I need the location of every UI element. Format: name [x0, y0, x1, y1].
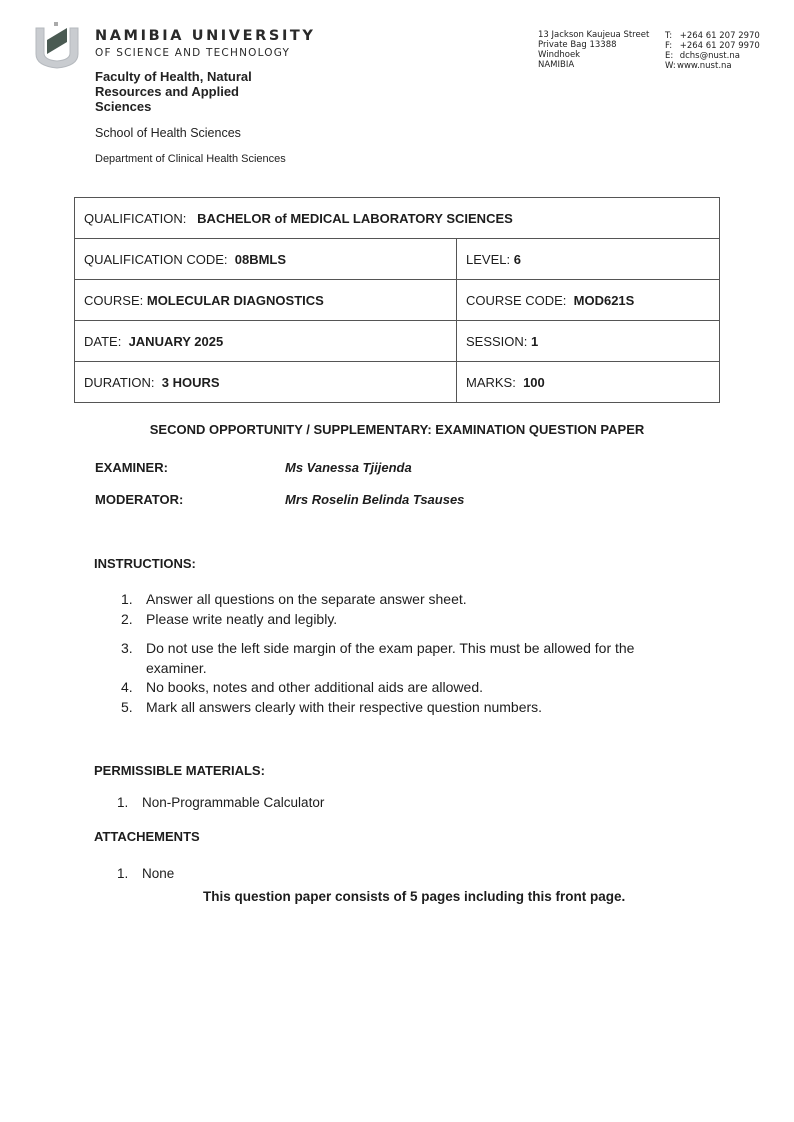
address-line: Windhoek [538, 50, 649, 60]
table-row: QUALIFICATION: BACHELOR of MEDICAL LABOR… [75, 198, 720, 239]
exam-info-table: QUALIFICATION: BACHELOR of MEDICAL LABOR… [74, 197, 720, 403]
attachments-heading: ATTACHEMENTS [94, 829, 200, 844]
examiner-name: Ms Vanessa Tjijenda [285, 460, 412, 475]
list-item: 5.Mark all answers clearly with their re… [121, 698, 681, 718]
level-cell: LEVEL: 6 [457, 239, 720, 280]
list-item: 1.Non-Programmable Calculator [117, 793, 324, 813]
qualification-cell: QUALIFICATION: BACHELOR of MEDICAL LABOR… [75, 198, 720, 239]
table-row: QUALIFICATION CODE: 08BMLS LEVEL: 6 [75, 239, 720, 280]
list-item: 1.Answer all questions on the separate a… [121, 590, 681, 610]
list-item: 4.No books, notes and other additional a… [121, 678, 681, 698]
course-code-cell: COURSE CODE: MOD621S [457, 280, 720, 321]
table-row: COURSE: MOLECULAR DIAGNOSTICS COURSE COD… [75, 280, 720, 321]
attachments-list: 1.None [117, 864, 174, 884]
school-name: School of Health Sciences [95, 126, 241, 140]
list-item: 1.None [117, 864, 174, 884]
course-cell: COURSE: MOLECULAR DIAGNOSTICS [75, 280, 457, 321]
page-count-note: This question paper consists of 5 pages … [203, 889, 625, 904]
nust-shield-logo-icon [32, 20, 82, 70]
table-row: DURATION: 3 HOURS MARKS: 100 [75, 362, 720, 403]
department-name: Department of Clinical Health Sciences [95, 153, 295, 166]
instructions-list: 1.Answer all questions on the separate a… [121, 590, 681, 717]
university-name: NAMIBIA UNIVERSITY [95, 28, 316, 44]
moderator-label: MODERATOR: [95, 492, 183, 507]
address-line: 13 Jackson Kaujeua Street [538, 30, 649, 40]
marks-cell: MARKS: 100 [457, 362, 720, 403]
faculty-name: Faculty of Health, Natural Resources and… [95, 69, 295, 114]
address-line: Private Bag 13388 [538, 40, 649, 50]
list-item: 3.Do not use the left side margin of the… [121, 639, 681, 678]
qualification-code-cell: QUALIFICATION CODE: 08BMLS [75, 239, 457, 280]
university-subtitle: OF SCIENCE AND TECHNOLOGY [95, 47, 290, 59]
permissible-list: 1.Non-Programmable Calculator [117, 793, 324, 813]
permissible-heading: PERMISSIBLE MATERIALS: [94, 763, 265, 778]
address-line: NAMIBIA [538, 60, 649, 70]
paper-type-title: SECOND OPPORTUNITY / SUPPLEMENTARY: EXAM… [0, 422, 794, 437]
date-cell: DATE: JANUARY 2025 [75, 321, 457, 362]
contact-email: E: dchs@nust.na [665, 51, 760, 61]
address-block: 13 Jackson Kaujeua Street Private Bag 13… [538, 30, 649, 70]
moderator-name: Mrs Roselin Belinda Tsauses [285, 492, 464, 507]
duration-cell: DURATION: 3 HOURS [75, 362, 457, 403]
contact-fax: F: +264 61 207 9970 [665, 41, 760, 51]
contact-block: T: +264 61 207 2970 F: +264 61 207 9970 … [665, 31, 760, 71]
contact-website: W:www.nust.na [665, 61, 760, 71]
contact-phone: T: +264 61 207 2970 [665, 31, 760, 41]
instructions-heading: INSTRUCTIONS: [94, 556, 196, 571]
list-item: 2.Please write neatly and legibly. [121, 610, 681, 630]
session-cell: SESSION: 1 [457, 321, 720, 362]
examiner-label: EXAMINER: [95, 460, 168, 475]
table-row: DATE: JANUARY 2025 SESSION: 1 [75, 321, 720, 362]
